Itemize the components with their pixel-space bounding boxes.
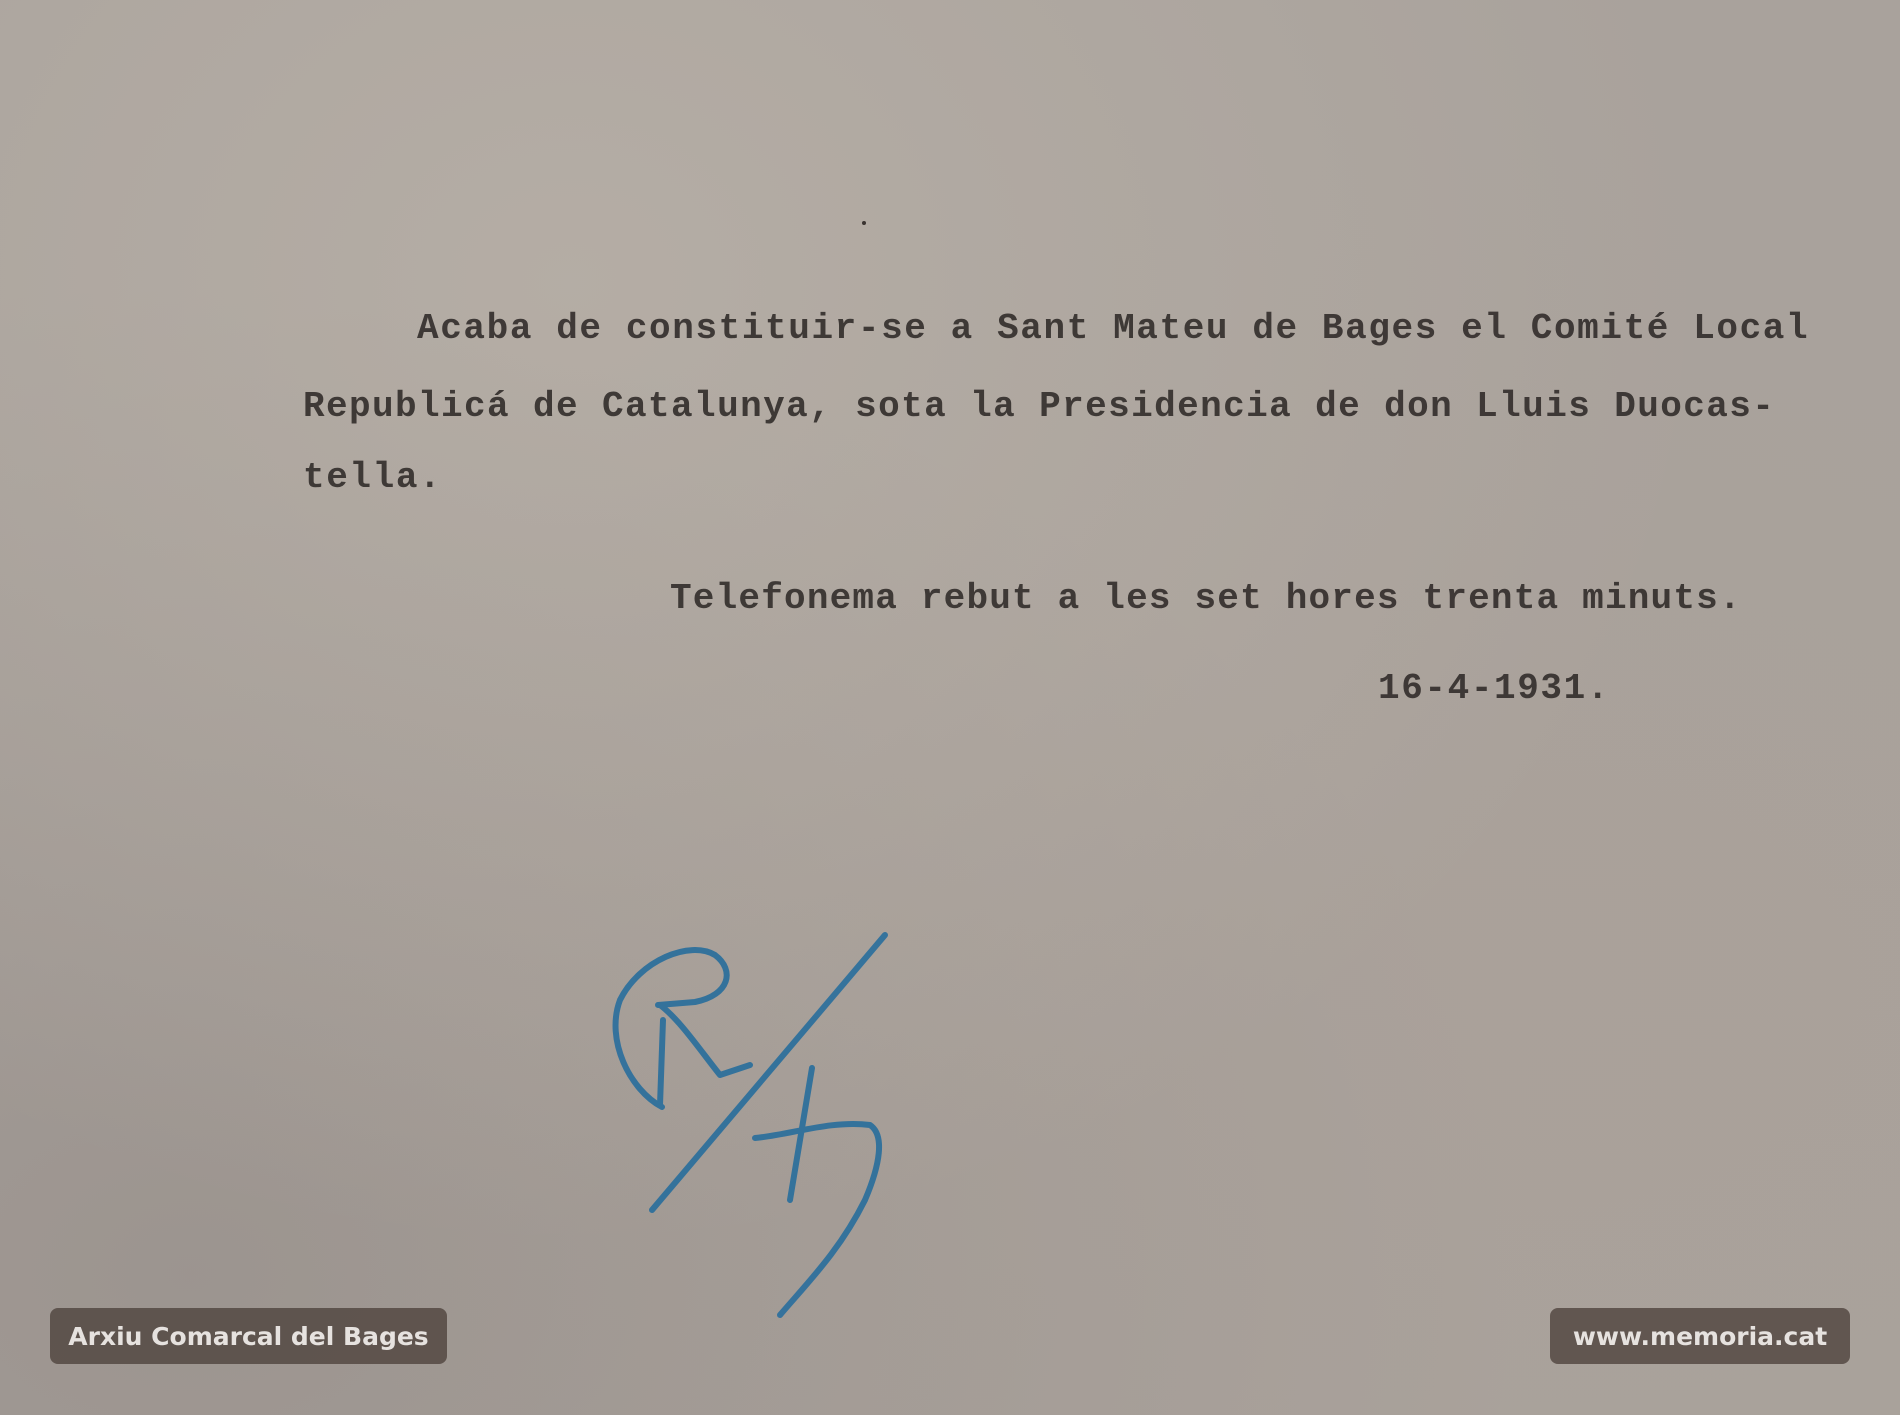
archive-watermark: Arxiu Comarcal del Bages: [50, 1308, 447, 1364]
paper-speck: [862, 221, 866, 225]
handwritten-initials-icon: [600, 920, 900, 1320]
website-watermark: www.memoria.cat: [1550, 1308, 1850, 1364]
body-line-1: Acaba de constituir-se a Sant Mateu de B…: [417, 308, 1809, 349]
document-page: Acaba de constituir-se a Sant Mateu de B…: [0, 0, 1900, 1415]
document-date: 16-4-1931.: [1378, 668, 1610, 709]
body-line-3: tella.: [303, 457, 442, 498]
received-note: Telefonema rebut a les set hores trenta …: [670, 578, 1742, 619]
body-line-2: Republicá de Catalunya, sota la Presiden…: [303, 386, 1775, 427]
